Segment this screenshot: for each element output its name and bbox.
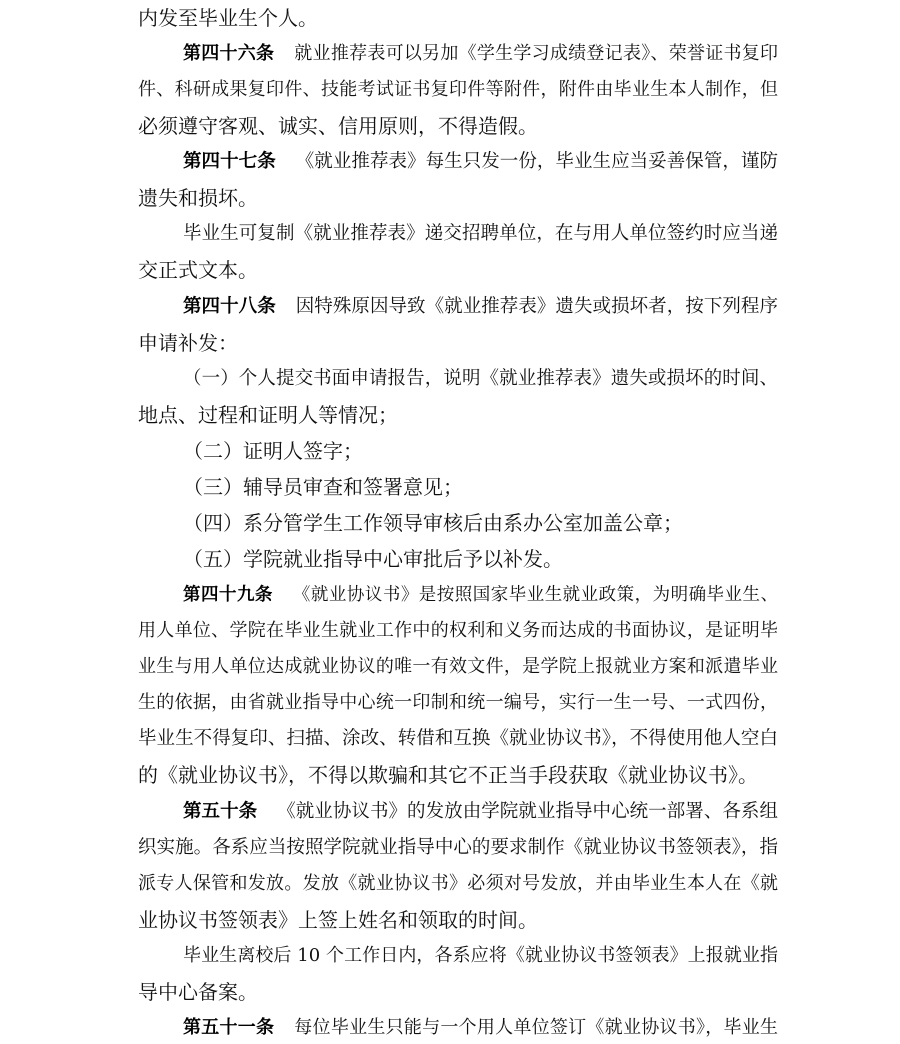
line-text: 用人单位、学院在毕业生就业工作中的权利和义务而达成的书面协议，是证明毕 (138, 620, 778, 641)
line-text: 交正式文本。 (138, 258, 258, 282)
line-text: （五）学院就业指导中心审批后予以补发。 (183, 547, 563, 571)
paragraph-line: 生的依据，由省就业指导中心统一印制和统一编号，实行一生一号、一式四份， (138, 690, 778, 716)
line-text: 《就业推荐表》每生只发一份，毕业生应当妥善保管，谨防 (296, 151, 778, 172)
paragraph-line: 业生与用人单位达成就业协议的唯一有效文件，是学院上报就业方案和派遣毕业 (138, 654, 778, 680)
document-page: 内发至毕业生个人。第四十六条就业推荐表可以另加《学生学习成绩登记表》、荣誉证书复… (0, 0, 900, 1044)
paragraph-line: 遗失和损坏。 (138, 185, 778, 211)
paragraph-line: （二）证明人签字； (138, 438, 778, 464)
line-text: 就业推荐表可以另加《学生学习成绩登记表》、荣誉证书复印 (294, 43, 778, 64)
paragraph-line: 申请补发： (138, 330, 778, 356)
article-number: 第四十八条 (183, 296, 276, 317)
line-text: （二）证明人签字； (183, 439, 363, 463)
article-heading-line: 第五十条《就业协议书》的发放由学院就业指导中心统一部署、各系组 (138, 799, 778, 825)
paragraph-line: 件、科研成果复印件、技能考试证书复印件等附件，附件由毕业生本人制作，但 (138, 77, 778, 103)
line-text: 遗失和损坏。 (138, 186, 258, 210)
article-heading-line: 第五十一条每位毕业生只能与一个用人单位签订《就业协议书》，毕业生 (138, 1015, 778, 1041)
paragraph-line: 必须遵守客观、诚实、信用原则，不得造假。 (138, 113, 778, 139)
article-number: 第四十七条 (183, 151, 276, 172)
line-text: 毕业生离校后 10 个工作日内，各系应将《就业协议书签领表》上报就业指 (183, 945, 778, 966)
line-text: 地点、过程和证明人等情况； (138, 403, 398, 427)
line-text: 导中心备案。 (138, 980, 258, 1004)
paragraph-line: （三）辅导员审查和签署意见； (138, 474, 778, 500)
paragraph-line: （四）系分管学生工作领导审核后由系办公室加盖公章； (138, 510, 778, 536)
paragraph-line: （五）学院就业指导中心审批后予以补发。 (138, 546, 778, 572)
line-text: 《就业协议书》的发放由学院就业指导中心统一部署、各系组 (277, 801, 778, 822)
paragraph-line: 交正式文本。 (138, 257, 778, 283)
article-heading-line: 第四十七条《就业推荐表》每生只发一份，毕业生应当妥善保管，谨防 (138, 149, 778, 175)
line-text: （一）个人提交书面申请报告，说明《就业推荐表》遗失或损坏的时间、 (183, 368, 778, 389)
line-text: 生的依据，由省就业指导中心统一印制和统一编号，实行一生一号、一式四份， (138, 692, 778, 713)
line-text: 《就业协议书》是按照国家毕业生就业政策，为明确毕业生、 (293, 585, 778, 605)
paragraph-line: 毕业生可复制《就业推荐表》递交招聘单位，在与用人单位签约时应当递 (138, 221, 778, 247)
line-text: （四）系分管学生工作领导审核后由系办公室加盖公章； (183, 511, 683, 535)
paragraph-line: 导中心备案。 (138, 979, 778, 1005)
line-text: 毕业生不得复印、扫描、涂改、转借和互换《就业协议书》，不得使用他人空白 (138, 728, 778, 749)
line-text: 申请补发： (138, 331, 238, 355)
line-text: 必须遵守客观、诚实、信用原则，不得造假。 (138, 114, 538, 138)
paragraph-line: 用人单位、学院在毕业生就业工作中的权利和义务而达成的书面协议，是证明毕 (138, 618, 778, 644)
paragraph-line: 毕业生不得复印、扫描、涂改、转借和互换《就业协议书》，不得使用他人空白 (138, 726, 778, 752)
line-text: 业协议书签领表》上签上姓名和领取的时间。 (138, 908, 538, 932)
line-text: 派专人保管和发放。发放《就业协议书》必须对号发放，并由毕业生本人在《就 (138, 873, 778, 894)
line-text: 的《就业协议书》，不得以欺骗和其它不正当手段获取《就业协议书》。 (138, 763, 758, 787)
paragraph-line: 地点、过程和证明人等情况； (138, 402, 778, 428)
paragraph-line: 内发至毕业生个人。 (138, 5, 778, 31)
article-heading-line: 第四十六条就业推荐表可以另加《学生学习成绩登记表》、荣誉证书复印 (138, 41, 778, 67)
paragraph-line: 毕业生离校后 10 个工作日内，各系应将《就业协议书签领表》上报就业指 (138, 943, 778, 969)
article-heading-line: 第四十九条《就业协议书》是按照国家毕业生就业政策，为明确毕业生、 (138, 582, 778, 608)
article-number: 第四十六条 (183, 43, 274, 64)
line-text: 织实施。各系应当按照学院就业指导中心的要求制作《就业协议书签领表》，指 (138, 837, 778, 858)
article-number: 第五十一条 (183, 1017, 274, 1038)
line-text: 每位毕业生只能与一个用人单位签订《就业协议书》，毕业生 (294, 1017, 778, 1038)
paragraph-line: （一）个人提交书面申请报告，说明《就业推荐表》遗失或损坏的时间、 (138, 366, 778, 392)
article-heading-line: 第四十八条因特殊原因导致《就业推荐表》遗失或损坏者，按下列程序 (138, 294, 778, 320)
article-number: 第五十条 (183, 801, 257, 822)
line-text: 业生与用人单位达成就业协议的唯一有效文件，是学院上报就业方案和派遣毕业 (138, 656, 778, 677)
line-text: 内发至毕业生个人。 (138, 6, 318, 30)
line-text: 件、科研成果复印件、技能考试证书复印件等附件，附件由毕业生本人制作，但 (138, 79, 778, 100)
article-number: 第四十九条 (183, 585, 273, 605)
paragraph-line: 的《就业协议书》，不得以欺骗和其它不正当手段获取《就业协议书》。 (138, 762, 778, 788)
line-text: 毕业生可复制《就业推荐表》递交招聘单位，在与用人单位签约时应当递 (183, 223, 778, 244)
line-text: （三）辅导员审查和签署意见； (183, 475, 463, 499)
paragraph-line: 派专人保管和发放。发放《就业协议书》必须对号发放，并由毕业生本人在《就 (138, 871, 778, 897)
line-text: 因特殊原因导致《就业推荐表》遗失或损坏者，按下列程序 (296, 296, 778, 317)
paragraph-line: 业协议书签领表》上签上姓名和领取的时间。 (138, 907, 778, 933)
paragraph-line: 织实施。各系应当按照学院就业指导中心的要求制作《就业协议书签领表》，指 (138, 835, 778, 861)
